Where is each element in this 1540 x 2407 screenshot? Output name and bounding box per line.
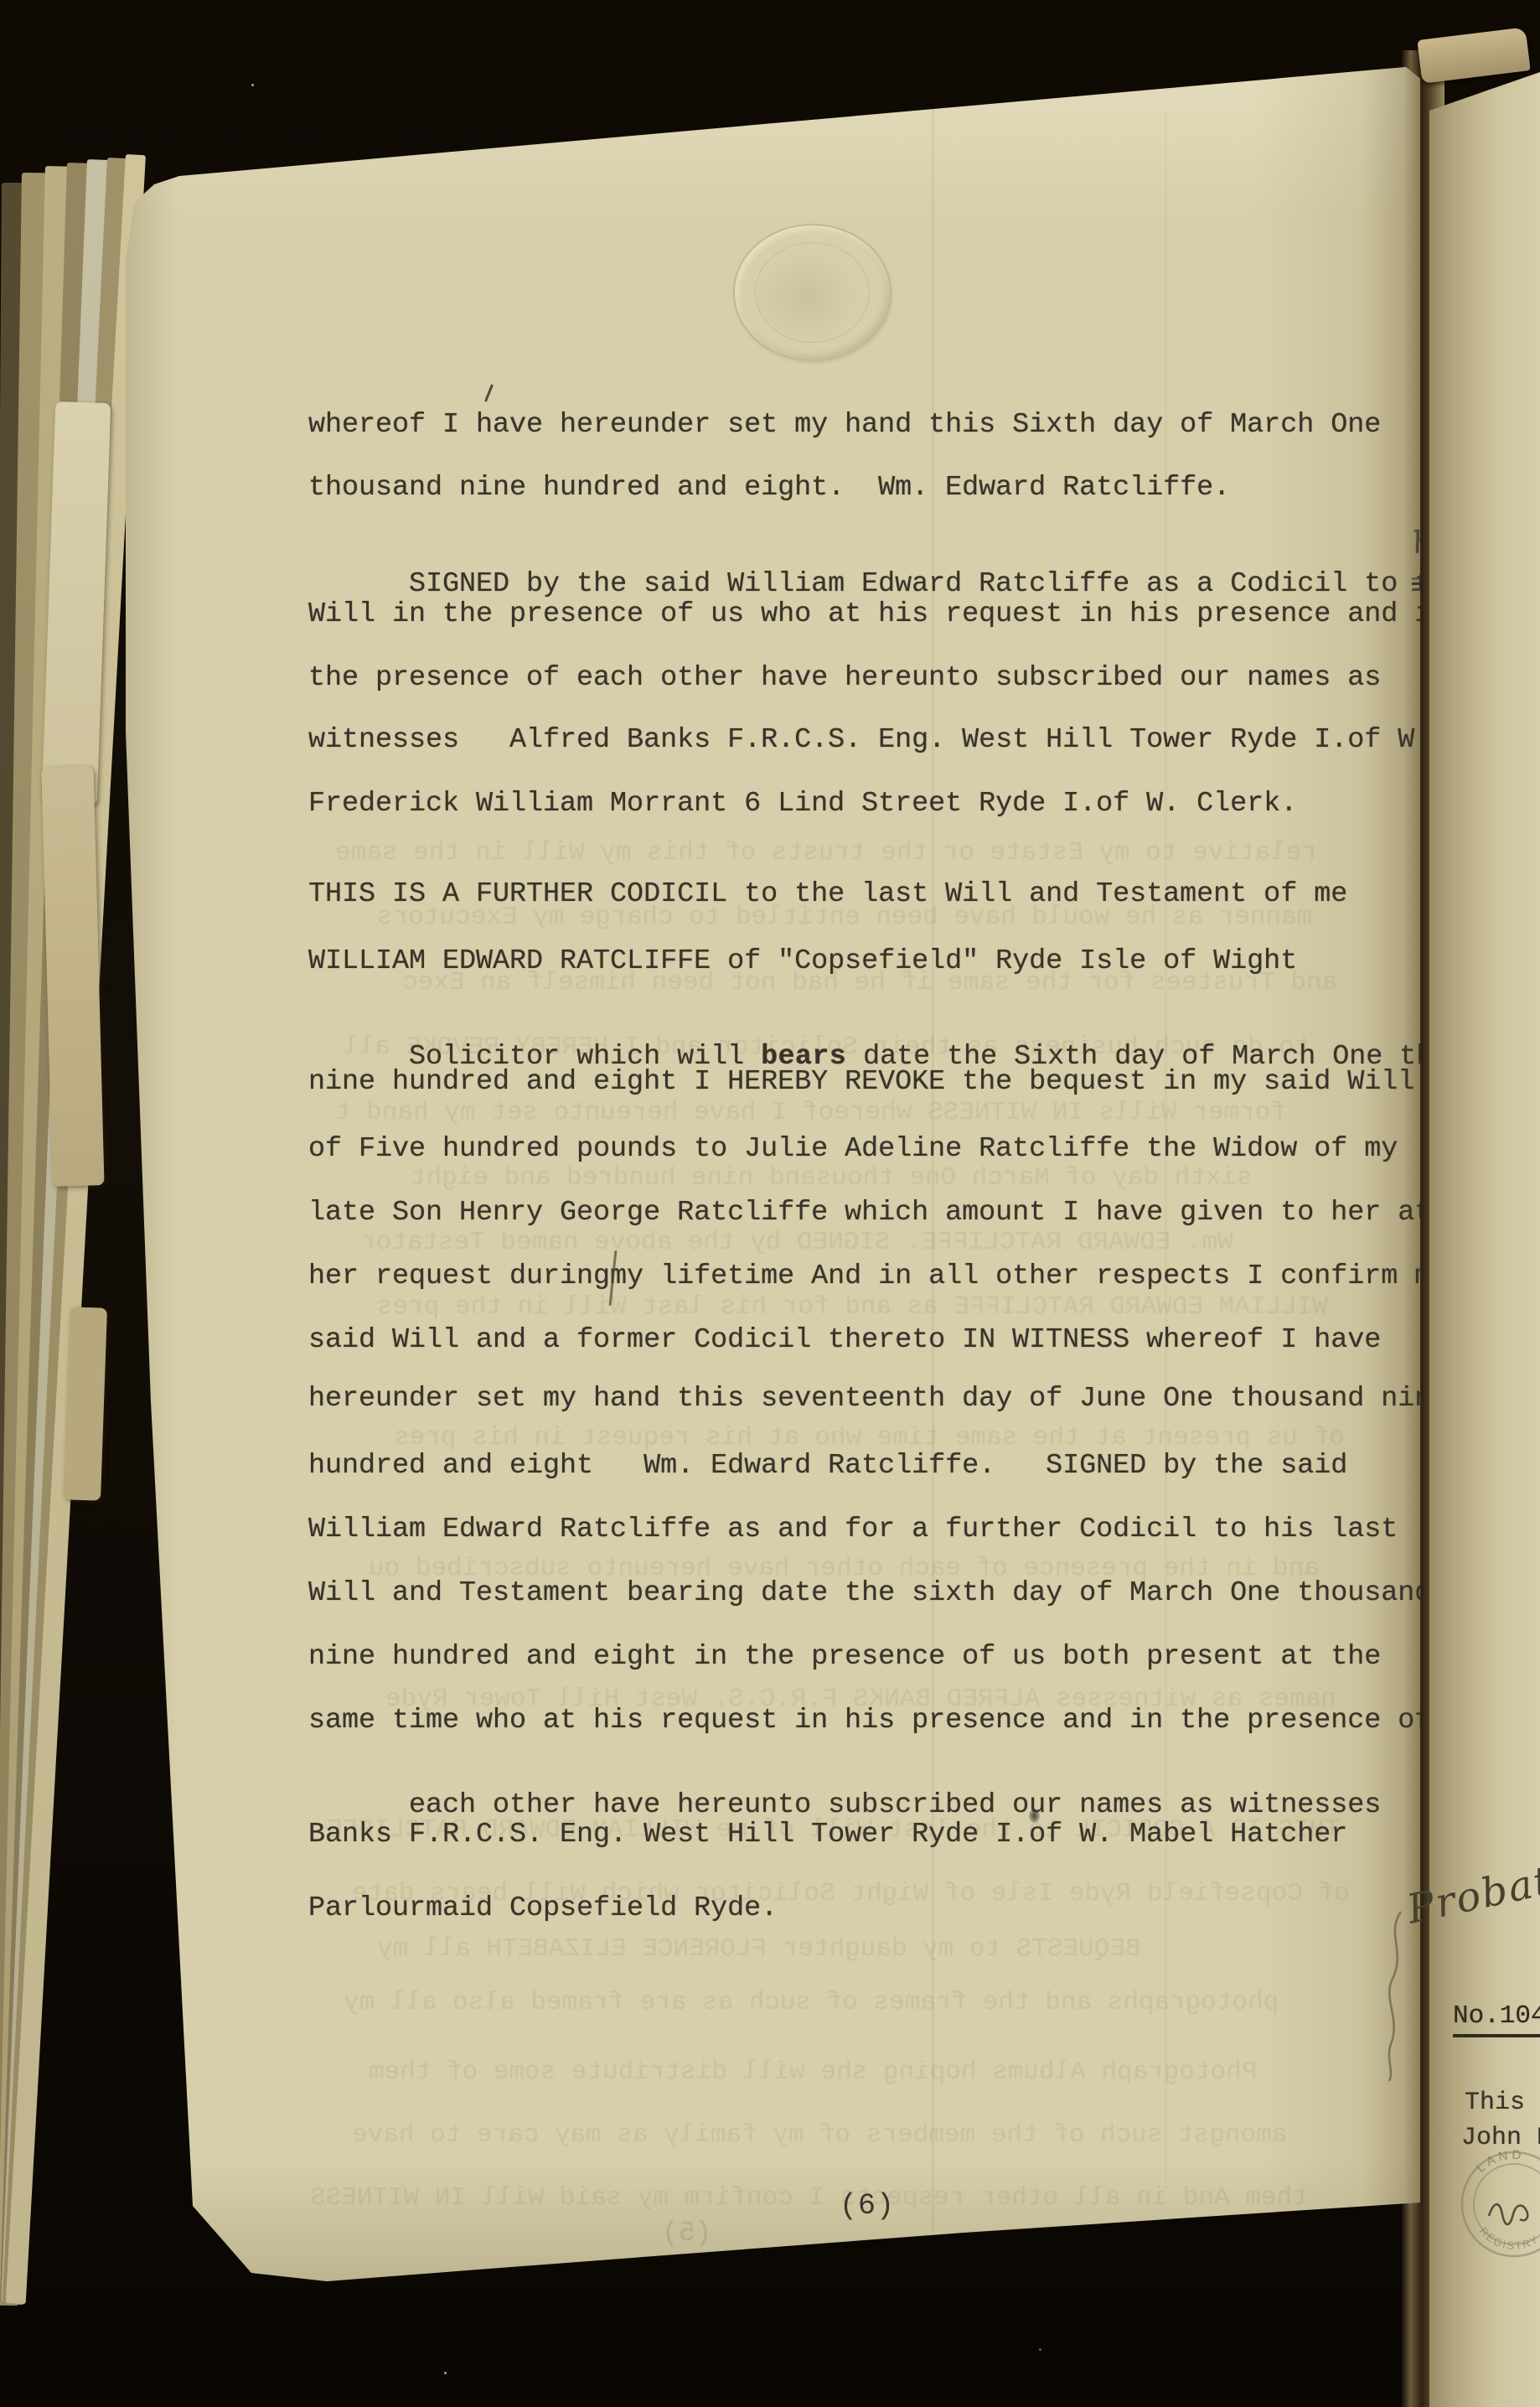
typed-line: witnesses Alfred Banks F.R.C.S. Eng. Wes…: [308, 724, 1431, 756]
bleedthrough-text: WILLIAM EDWARD RATCLIFFE as and for his …: [377, 1292, 1328, 1322]
typed-line: THIS IS A FURTHER CODICIL to the last Wi…: [308, 878, 1347, 910]
ink-smudge: [1029, 1809, 1040, 1823]
typed-line: her request duringmy lifetime And in all…: [308, 1260, 1448, 1292]
torn-paper-patch: [41, 766, 104, 1186]
torn-paper-fragment: [1417, 27, 1530, 83]
typed-line: Will and Testament bearing date the sixt…: [308, 1577, 1431, 1609]
bleedthrough-text: Photograph Albums hoping she will distri…: [369, 2058, 1257, 2087]
typed-line: said Will and a former Codicil thereto I…: [308, 1324, 1381, 1356]
typed-segment: each other have hereunto subscribed our …: [409, 1789, 1431, 1821]
typed-line: WILLIAM EDWARD RATCLIFFE of "Copsefield"…: [308, 945, 1297, 977]
bleedthrough-text: sixth day of March One thousand nine hun…: [411, 1163, 1253, 1193]
main-page: relative to my Estate or the trusts of t…: [126, 60, 1420, 2294]
typed-line: thousand nine hundred and eight. Wm. Edw…: [308, 472, 1230, 504]
typed-line: of Five hundred pounds to Julie Adeline …: [308, 1133, 1398, 1165]
bleedthrough-text: them And in all other respects I confirm…: [310, 2183, 1308, 2213]
dust-speck: [444, 2372, 447, 2374]
typed-line: Banks F.R.C.S. Eng. West Hill Tower Ryde…: [308, 1819, 1347, 1851]
typed-line: Will in the presence of us who at his re…: [308, 598, 1448, 630]
typed-line: same time who at his request in his pres…: [308, 1705, 1431, 1737]
svg-text:LAND: LAND: [1474, 2148, 1525, 2176]
stamp-arc-text: LAND: [1474, 2148, 1525, 2176]
torn-paper-patch: [64, 1307, 107, 1500]
pen-flourish-icon: [1376, 1908, 1413, 2084]
bleedthrough-page-number: (5): [662, 2218, 711, 2249]
dust-speck: [1039, 2348, 1041, 2351]
next-page: [1429, 62, 1540, 2407]
typed-line: whereof I have hereunder set my hand thi…: [308, 409, 1381, 441]
bleedthrough-text: amongst such of the members of my family…: [352, 2120, 1287, 2150]
handwritten-tick: [484, 384, 494, 402]
embossed-seal: [733, 224, 891, 361]
bleedthrough-text: of us present at the same time who at hi…: [394, 1423, 1345, 1452]
next-page-partial-line: This i: [1465, 2089, 1540, 2117]
typed-line: the presence of each other have hereunto…: [308, 662, 1381, 694]
typed-line: hundred and eight Wm. Edward Ratcliffe. …: [308, 1450, 1347, 1482]
typed-line: William Edward Ratcliffe as and for a fu…: [308, 1514, 1398, 1545]
typed-line: late Son Henry George Ratcliffe which am…: [308, 1197, 1431, 1229]
bleedthrough-text: BEQUESTS to my daughter FLORENCE ELIZABE…: [377, 1934, 1141, 1964]
embossed-seal-arms: [755, 242, 870, 343]
typed-segment: SIGNED by the said William Edward Ratcli…: [409, 568, 1414, 600]
dust-speck: [251, 84, 254, 86]
typed-line: nine hundred and eight in the presence o…: [308, 1641, 1381, 1673]
typed-line: hereunder set my hand this seventeenth d…: [308, 1383, 1448, 1415]
case-number: No.104: [1453, 2001, 1540, 2037]
bleedthrough-text: photographs and the frames of such as ar…: [344, 1988, 1279, 2017]
land-registry-stamp: LAND REGISTRY: [1455, 2135, 1540, 2280]
bleedthrough-text: relative to my Estate or the trusts of t…: [335, 838, 1317, 867]
photographed-book-spread: relative to my Estate or the trusts of t…: [0, 0, 1540, 2407]
typed-line: nine hundred and eight I HEREBY REVOKE t…: [308, 1066, 1414, 1098]
typed-line: Frederick William Morrant 6 Lind Street …: [308, 788, 1297, 820]
typed-line: Parlourmaid Copsefield Ryde.: [308, 1892, 778, 1924]
bleedthrough-text: Wm. EDWARD RATCLIFFE. SIGNED by the abov…: [360, 1228, 1233, 1257]
page-number: (6): [840, 2189, 895, 2223]
stamp-monogram-icon: [1489, 2204, 1527, 2224]
